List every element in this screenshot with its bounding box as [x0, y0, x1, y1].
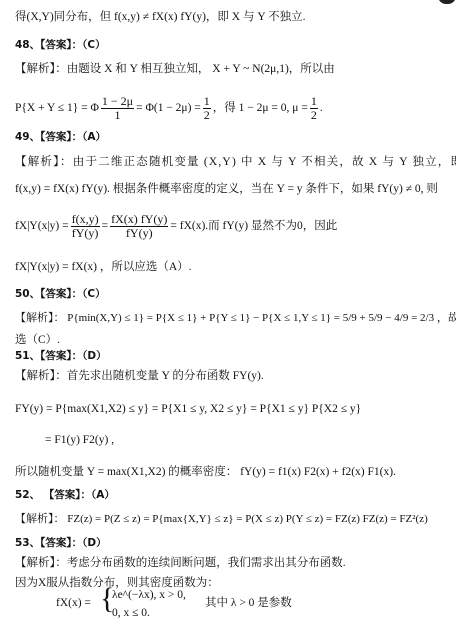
denominator: fY(y): [110, 227, 168, 240]
numerator: 1: [310, 95, 318, 109]
analysis-49-line4: fX|Y(x|y) = fX(x) ，所以应选（A）.: [15, 260, 192, 274]
analysis-49-line2: f(x,y) = fX(x) fY(y). 根据条件概率密度的定义，当在 Y =…: [15, 182, 438, 196]
text-line: 得(X,Y)同分布，但 f(x,y) ≠ fX(x) fY(y)，即 X 与 Y…: [15, 10, 305, 24]
case-2: 0, x ≤ 0.: [112, 606, 150, 620]
parameter-note: 其中 λ > 0 是参数: [205, 596, 292, 610]
answer-49-heading: 49、【答案】：（A）: [15, 130, 106, 144]
analysis-51-line3: = F1(y) F2(y) ,: [45, 433, 114, 447]
denominator: 2: [310, 109, 318, 122]
formula-part: P{X + Y ≤ 1} = Φ: [15, 102, 99, 114]
density-function-label: fX(x) =: [56, 596, 91, 610]
formula-part: = fX(x).而 fY(y) 显然不为0，因此: [170, 220, 337, 232]
numerator: 1 − 2μ: [101, 95, 134, 109]
answer-50-heading: 50、【答案】：（C）: [15, 287, 106, 301]
denominator: fY(y): [71, 227, 100, 240]
answer-52-heading: 52、 【答案】：（A）: [15, 488, 115, 502]
numerator: fX(x) fY(y): [110, 213, 168, 227]
answer-53-heading: 53、【答案】：（D）: [15, 536, 107, 550]
analysis-53-line1: 【解析】：考虑分布函数的连续间断问题，我们需求出其分布函数.: [15, 556, 346, 570]
fraction: f(x,y)fY(y): [71, 213, 100, 240]
denominator: 1: [101, 109, 134, 122]
fraction: fX(x) fY(y)fY(y): [110, 213, 168, 240]
formula-part: fX|Y(x|y) =: [15, 220, 69, 232]
analysis-49-line3: fX|Y(x|y) =f(x,y)fY(y)=fX(x) fY(y)fY(y)=…: [15, 210, 337, 242]
numerator: 1: [203, 95, 211, 109]
case-1: λe^(−λx), x > 0,: [112, 588, 186, 602]
fraction: 12: [310, 95, 318, 122]
analysis-48-line2: P{X + Y ≤ 1} = Φ1 − 2μ1= Φ(1 − 2μ) =12，得…: [15, 94, 323, 122]
page-edge-artifact: [438, 0, 456, 4]
analysis-51-line2: FY(y) = P{max(X1,X2) ≤ y} = P{X1 ≤ y, X2…: [15, 402, 361, 416]
analysis-51-line1: 【解析】：首先求出随机变量 Y 的分布函数 FY(y).: [15, 369, 264, 383]
analysis-50-line2: 选（C）.: [15, 333, 60, 347]
numerator: f(x,y): [71, 213, 100, 227]
analysis-49-line1: 【解析】：由于二维正态随机变量 (X,Y) 中 X 与 Y 不相关，故 X 与 …: [15, 155, 456, 169]
fraction: 12: [203, 95, 211, 122]
analysis-50-line1: 【解析】： P{min(X,Y) ≤ 1} = P{X ≤ 1} + P{Y ≤…: [15, 311, 456, 325]
analysis-48-line1: 【解析】：由题设 X 和 Y 相互独立知， X + Y ~ N(2μ,1)，所以…: [15, 62, 335, 76]
fraction: 1 − 2μ1: [101, 95, 134, 122]
formula-part: ，得 1 − 2μ = 0, μ =: [213, 102, 308, 114]
analysis-51-line4: 所以随机变量 Y = max(X1,X2) 的概率密度： fY(y) = f1(…: [15, 465, 396, 479]
answer-48-heading: 48、【答案】：（C）: [15, 38, 106, 52]
denominator: 2: [203, 109, 211, 122]
analysis-52-line1: 【解析】： FZ(z) = P(Z ≤ z) = P{max{X,Y} ≤ z}…: [15, 512, 428, 526]
answer-51-heading: 51、【答案】：（D）: [15, 349, 107, 363]
formula-part: = Φ(1 − 2μ) =: [136, 102, 201, 114]
